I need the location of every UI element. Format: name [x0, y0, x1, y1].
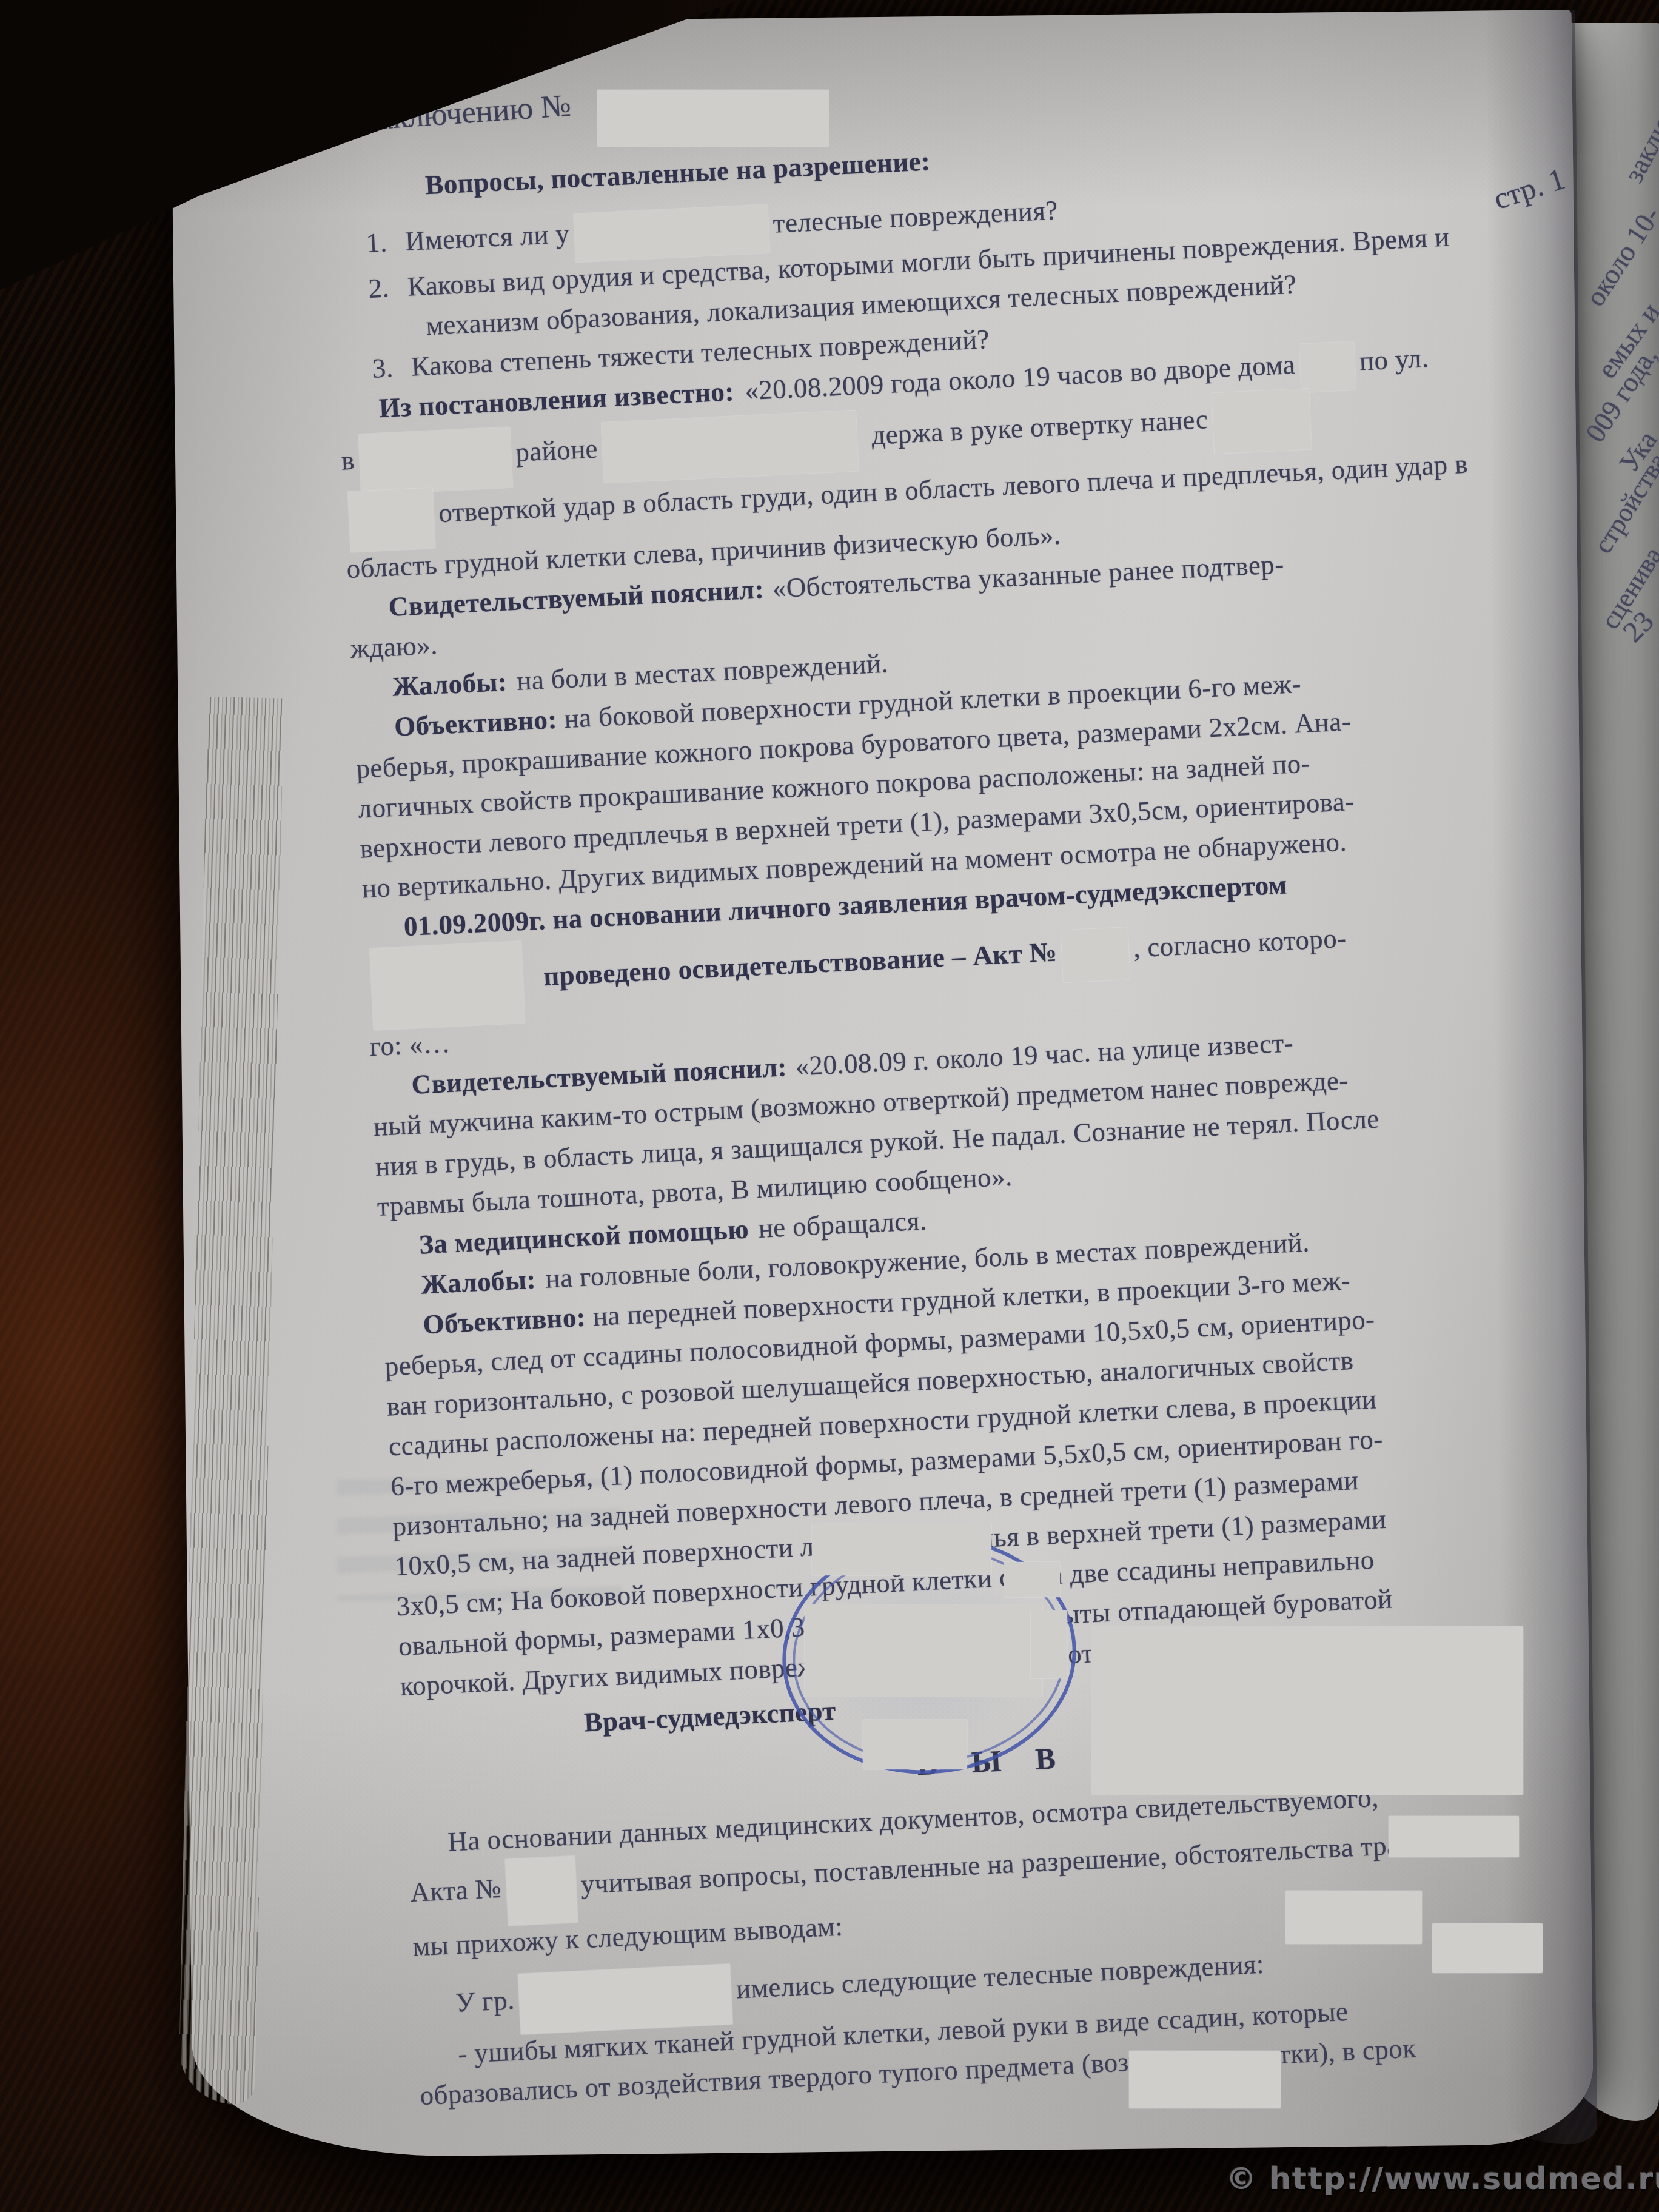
redaction-box [1212, 389, 1312, 454]
spacer [383, 1333, 423, 1336]
redaction-box-stamp [805, 1604, 1042, 1697]
text-run: держа в руке отвертку нанес [871, 404, 1208, 451]
redaction-box [1299, 341, 1356, 392]
text-run: Объективно: [394, 704, 558, 742]
spacer [862, 443, 872, 445]
text-run: Акта № [409, 1873, 502, 1908]
redaction-box [1285, 1891, 1422, 1944]
spacer [787, 1074, 796, 1076]
text-run: 2. [367, 272, 390, 304]
text-run: 3. [372, 352, 394, 384]
spacer [372, 1093, 412, 1096]
redaction-box [1091, 1626, 1523, 1795]
text-run: в [341, 445, 355, 476]
spacer [586, 1324, 594, 1326]
text-run: не обращался. [758, 1205, 928, 1244]
spacer [528, 985, 544, 987]
spacer [332, 251, 367, 254]
spacer [380, 1253, 420, 1256]
text-run: районе [515, 434, 598, 468]
spacer [337, 376, 372, 379]
spacer [416, 2011, 456, 2014]
spacer [349, 615, 389, 618]
document-body-text: Вопросы, поставленные на разрешение:1.Им… [327, 110, 1659, 2116]
text-run: 1. [366, 227, 388, 258]
text-run: Жалобы: [420, 1264, 537, 1300]
spacer [764, 597, 773, 598]
redaction-box-stamp [863, 1720, 967, 1769]
redaction-box [505, 1856, 578, 1926]
text-run: проведено освидетельствование – Акт № [543, 937, 1057, 992]
text-run: по ул. [1359, 343, 1430, 376]
spacer [353, 695, 393, 698]
photo-of-forensic-report-page: { "colors":{ "ink":"#3c3e55","ink_bold":… [0, 0, 1659, 2212]
spacer [408, 1850, 448, 1853]
text-run: телесные повреждения? [773, 195, 1059, 239]
spacer [355, 735, 395, 738]
spacer [335, 333, 426, 339]
redaction-box [1129, 2051, 1281, 2108]
spacer [508, 689, 517, 691]
redaction-box [1432, 1923, 1543, 1973]
redaction-box [370, 941, 525, 1030]
text-run: , согласно которо- [1133, 923, 1347, 964]
text-run: имелись следующие телесные повреждения: [736, 1949, 1265, 2005]
spacer [734, 398, 745, 400]
redaction-box [1389, 1816, 1519, 1857]
redaction-box-stamp [1031, 1610, 1067, 1678]
text-run: Объективно: [422, 1302, 586, 1340]
watermark-url: © http://www.sudmed.ru [1226, 2161, 1659, 2196]
redaction-box-stamp [812, 1523, 991, 1575]
spacer [387, 249, 406, 251]
redaction-box-stamp [1004, 1562, 1060, 1597]
spacer [536, 1287, 546, 1289]
text-run: Имеются ли у [404, 218, 570, 256]
spacer [390, 295, 408, 297]
text-run: Жалобы: [392, 666, 508, 702]
spacer [364, 935, 404, 938]
spacer [333, 297, 369, 300]
redaction-box [348, 488, 436, 553]
spacer [381, 1293, 421, 1296]
redaction-box-header [597, 90, 829, 147]
text-run: го: «… [369, 1028, 451, 1062]
spacer [340, 416, 380, 419]
spacer [749, 1236, 759, 1238]
redaction-box [602, 411, 859, 483]
text-run: мы прихожу к следующим выводам: [412, 1911, 843, 1962]
text-run: ждаю». [350, 630, 438, 665]
text-run: У гр. [455, 1985, 515, 2018]
redaction-box [358, 427, 513, 495]
spacer [557, 727, 565, 729]
spacer [394, 374, 412, 376]
watermark: © http://www.sudmed.ru [1226, 2161, 1659, 2196]
spacer [418, 2062, 458, 2065]
redaction-box [1061, 927, 1130, 982]
